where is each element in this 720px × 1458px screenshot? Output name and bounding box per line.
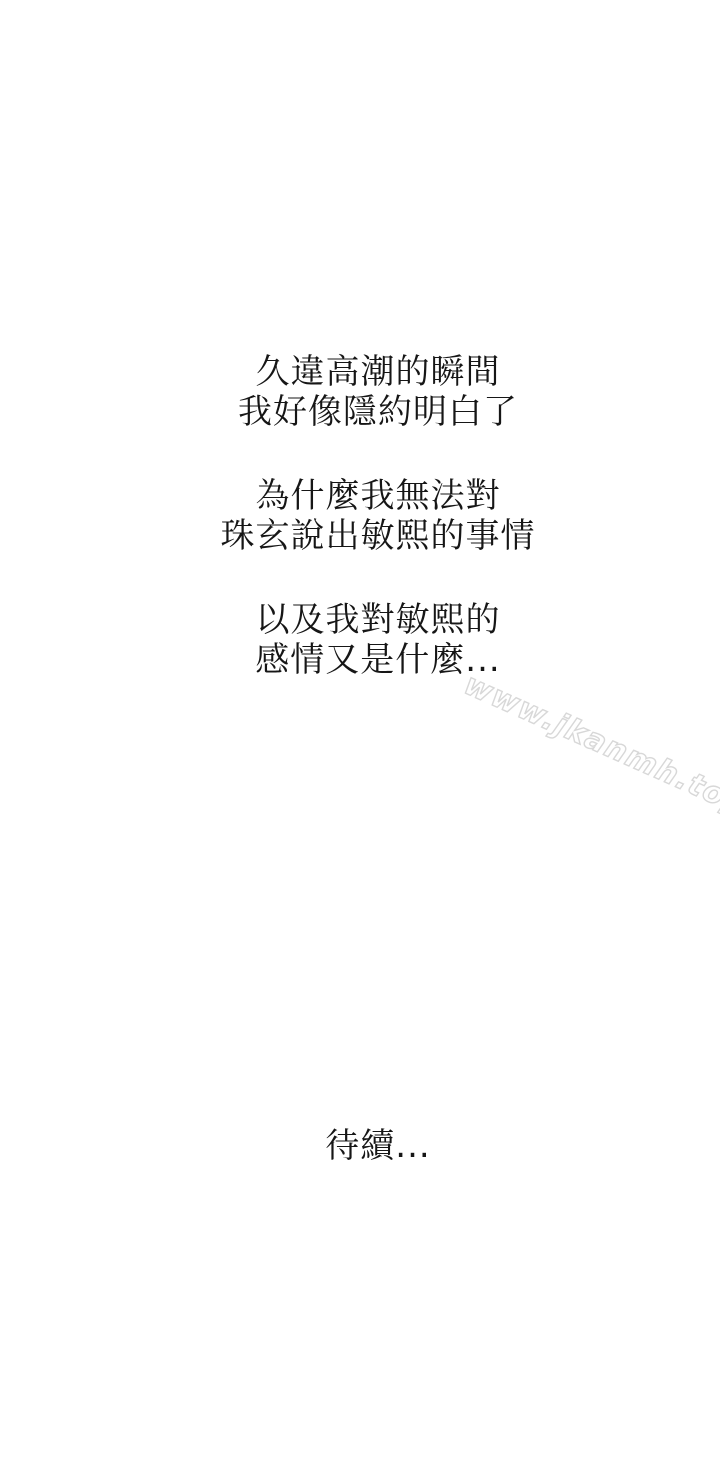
narration-line: 珠玄說出敏熙的事情 <box>18 516 720 556</box>
narration-line: 感情又是什麼... <box>18 640 720 680</box>
narration-line: 我好像隱約明白了 <box>18 392 720 432</box>
narration-line: 以及我對敏熙的 <box>18 600 720 640</box>
narration-paragraph: 以及我對敏熙的 感情又是什麼... <box>18 600 720 680</box>
narration-paragraph: 久違高潮的瞬間 我好像隱約明白了 <box>18 352 720 432</box>
comic-page-canvas: 久違高潮的瞬間 我好像隱約明白了 為什麼我無法對 珠玄說出敏熙的事情 以及我對敏… <box>0 0 720 1458</box>
narration-line: 久違高潮的瞬間 <box>18 352 720 392</box>
narration-line: 為什麼我無法對 <box>18 476 720 516</box>
narration-block: 久違高潮的瞬間 我好像隱約明白了 為什麼我無法對 珠玄說出敏熙的事情 以及我對敏… <box>18 352 720 680</box>
to-be-continued-text: 待續... <box>18 1126 720 1166</box>
narration-paragraph: 為什麼我無法對 珠玄說出敏熙的事情 <box>18 476 720 556</box>
site-watermark-text: www.jkanmh.top <box>459 667 720 823</box>
